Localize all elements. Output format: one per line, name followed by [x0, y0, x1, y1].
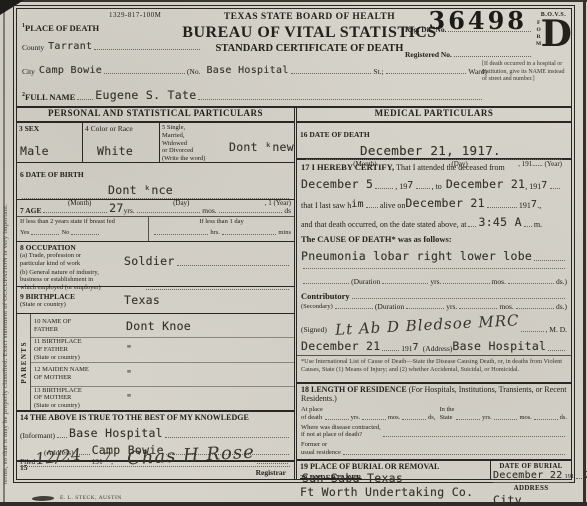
printer-credit: E. L. STECK, AUSTIN: [60, 495, 122, 501]
undertaker-overlap: 20 UNDERTAKER San Saba Texas: [300, 472, 487, 483]
signed-address-value: Base Hospital: [452, 339, 546, 353]
physician-signature: Lt Ab D Bledsoe MRC: [334, 311, 519, 339]
filed-year-preprint: 191: [92, 457, 103, 466]
birthplace-label: 9 BIRTHPLACE: [20, 292, 104, 301]
cause-blank-line: [303, 268, 565, 269]
full-name-dotline: [198, 99, 482, 100]
date-of-birth-field: 6 DATE OF BIRTH Dont ᵏnce (Month) (Day) …: [17, 163, 294, 200]
city-dotline: [104, 73, 185, 74]
filed-section: 15 Filed 12/24 191 7 , Chas H Rose Regis…: [17, 462, 294, 479]
in-state-label: In the State: [439, 406, 454, 422]
place-of-death-label: PLACE OF DEATH: [25, 23, 99, 33]
res-yrs-label: yrs.: [351, 414, 361, 422]
ward-dotline: [386, 73, 467, 74]
death-certificate-scan: terms, so that it may be properly classi…: [0, 0, 587, 506]
attended-to-year: 7: [541, 180, 547, 191]
age-yrs-label: yrs.: [124, 206, 135, 215]
burial-place-value: San Saba Texas: [302, 471, 403, 485]
duration-ds: ds.): [556, 277, 567, 286]
signed-year-preprint: 191: [401, 344, 412, 353]
knowledge-statement: 14 THE ABOVE IS TRUE TO THE BEST OF MY K…: [20, 413, 291, 422]
mother-name-field: 12 MAIDEN NAME OF MOTHER ": [31, 363, 294, 387]
burial-year-preprint: 191: [565, 473, 575, 481]
parents-section: PARENTS 10 NAME OF FATHER Dont Knoe 11 B…: [17, 314, 294, 412]
from-year-preprint: , 19: [395, 182, 407, 191]
place-of-death-block: 1PLACE OF DEATH County Tarrant: [22, 23, 322, 52]
death-time-value: 3:45 A: [478, 215, 521, 229]
lessday-hrs-label: hrs.: [210, 229, 220, 237]
filed-year-handwriting: 7: [103, 451, 111, 466]
race-value: White: [97, 144, 133, 158]
breastfed-yes-label: Yes: [20, 229, 29, 237]
lessday-label: If less than 1 day: [152, 218, 291, 226]
printer-credit-block: E. L. STECK, AUSTIN: [32, 495, 122, 501]
registered-no-label: Registered No.: [405, 50, 452, 59]
secondary-label: (Secondary): [301, 303, 333, 311]
res-yrs2-label: yrs.: [482, 414, 492, 422]
lessday-mins-label: mins: [278, 229, 291, 237]
res-ds2-label: ds.: [560, 414, 567, 422]
certification-section: 17 I HEREBY CERTIFY, That I attended the…: [297, 160, 571, 356]
birthplace-sub-label: (State or country): [20, 301, 104, 309]
md-label: , M. D.: [546, 325, 567, 334]
dob-month-label: (Month): [20, 199, 139, 207]
race-field: 4 Color or Race White: [83, 123, 160, 162]
mother-name-label: 12 MAIDEN NAME OF MOTHER: [34, 366, 126, 382]
sex-label: 3 SEX: [19, 124, 80, 133]
county-value: Tarrant: [48, 41, 92, 52]
burial-date-value: December 22: [493, 470, 563, 481]
res-mos-label: mos.: [388, 414, 400, 422]
burial-section: 19 PLACE OF BURIAL OR REMOVAL 20 UNDERTA…: [297, 461, 571, 479]
dob-value: Dont ᵏnce: [108, 183, 291, 197]
reg-dis-line: [448, 31, 531, 32]
sex-race-marital-row: 3 SEX Male 4 Color or Race White 5 Singl…: [17, 123, 294, 163]
form-header: 1329-817-100M TEXAS STATE BOARD OF HEALT…: [17, 9, 571, 108]
burial-address-label: ADDRESS: [493, 484, 569, 492]
signed-label: (Signed): [301, 325, 327, 334]
dob-year-mark: , 1: [265, 199, 272, 207]
occupation-field: 8 OCCUPATION (a) Trade, profession or pa…: [17, 242, 294, 287]
father-birthplace-value: ": [126, 344, 132, 355]
duration2-label: (Duration: [375, 302, 404, 311]
father-birthplace-label: 11 BIRTHPLACE OF FATHER (State or countr…: [34, 338, 126, 361]
date-of-death-field: 16 DATE OF DEATH December 21, 1917. (Mon…: [297, 123, 571, 160]
father-name-value: Dont Knoe: [126, 319, 191, 333]
burial-place-label: 19 PLACE OF BURIAL OR REMOVAL: [300, 462, 487, 471]
lastsaw-end: .,: [537, 201, 541, 210]
lastsaw-year-preprint: 191: [519, 201, 531, 210]
duration-label: (Duration: [351, 277, 380, 286]
burial-place-cell: 19 PLACE OF BURIAL OR REMOVAL 20 UNDERTA…: [297, 461, 491, 479]
duration2-yrs: yrs.: [446, 302, 457, 311]
mother-name-value: ": [126, 369, 132, 380]
burial-city-value: City.: [493, 493, 569, 506]
birthplace-field: 9 BIRTHPLACE (State or country) Texas: [17, 287, 294, 314]
father-name-field: 10 NAME OF FATHER Dont Knoe: [31, 314, 294, 338]
am-label: m.: [534, 220, 542, 229]
age-label: 7 AGE: [20, 206, 41, 215]
occupation-a-value: Soldier: [124, 254, 175, 268]
signed-address-label: (Address): [423, 344, 453, 353]
undertaker-value: Ft Worth Undertaking Co.: [300, 485, 487, 499]
lastsaw-him: im: [351, 199, 364, 210]
res-ds-label: ds,: [428, 414, 435, 422]
marital-value: Dont ᵏnew: [229, 140, 294, 154]
personal-particulars-title: PERSONAL AND STATISTICAL PARTICULARS: [17, 108, 294, 123]
dob-year-label: (Year): [273, 199, 291, 207]
street-no-label: (No.: [187, 67, 201, 76]
dob-label: 6 DATE OF BIRTH: [20, 170, 84, 179]
scan-edge-top: [0, 0, 587, 2]
full-name-label: FULL NAME: [25, 92, 75, 102]
sex-field: 3 SEX Male: [17, 123, 83, 162]
personal-particulars-column: PERSONAL AND STATISTICAL PARTICULARS 3 S…: [17, 108, 297, 479]
duration2-mos: mos.: [499, 302, 513, 311]
cause-footnote: *Use International List of Cause of Deat…: [297, 356, 571, 384]
cause-of-death-label: The CAUSE OF DEATH* was as follows:: [301, 234, 567, 244]
city-line: City Camp Bowie (No. Base Hospital St.; …: [22, 65, 487, 76]
occupation-a-label: (a) Trade, profession or particular kind…: [20, 252, 124, 268]
attended-from-date: December 5: [301, 177, 373, 191]
dod-month-label: (Month): [306, 160, 424, 168]
occupation-label: 8 OCCUPATION: [20, 243, 291, 252]
attended-to-date: December 21: [446, 177, 525, 191]
parents-tab: PARENTS: [17, 314, 31, 410]
certificate-form: 1329-817-100M TEXAS STATE BOARD OF HEALT…: [13, 5, 575, 483]
reg-dis-label: Reg. Dis. No.: [405, 25, 446, 34]
full-name-dot-lead: [77, 99, 93, 100]
at-place-label: At place of death: [301, 406, 323, 422]
informant-label: (Informant): [20, 431, 55, 440]
mother-birthplace-label: 13 BIRTHPLACE OF MOTHER (State or countr…: [34, 387, 126, 410]
dob-day-label: (Day): [139, 199, 223, 207]
occurred-preprint: and that death occurred, on the date sta…: [301, 220, 466, 229]
breastfed-no-label: No: [61, 229, 69, 237]
to-label: , to: [432, 182, 442, 191]
signed-date-value: December 21: [301, 339, 380, 353]
duration-yrs: yrs.: [430, 277, 441, 286]
residence-label-bold: 18 LENGTH OF RESIDENCE: [301, 385, 407, 394]
former-residence-label: Former or usual residence: [301, 441, 341, 457]
informant-value: Base Hospital: [69, 426, 163, 440]
street-dotline: [291, 73, 372, 74]
street-label: St.;: [373, 67, 383, 76]
dod-year-preprint: , 191: [518, 160, 532, 168]
medical-particulars-title: MEDICAL PARTICULARS: [297, 108, 571, 123]
father-birthplace-field: 11 BIRTHPLACE OF FATHER (State or countr…: [31, 338, 294, 362]
county-line: [94, 49, 200, 50]
contributory-label: Contributory: [301, 291, 350, 301]
full-name-line: 2FULL NAME Eugene S. Tate: [22, 88, 484, 102]
to-year-preprint: , 191: [525, 182, 541, 191]
signed-year-value: 7: [412, 342, 418, 353]
filed-comma: ,: [111, 457, 113, 466]
mother-birthplace-value: ": [126, 393, 132, 404]
parents-label: PARENTS: [20, 341, 28, 384]
marital-label: 5 Single, Married, Widowed or Divorced (…: [162, 124, 234, 163]
registrar-signature: Chas H Rose: [126, 442, 255, 470]
lastsaw-date: December 21: [405, 196, 484, 210]
print-code: 1329-817-100M: [109, 11, 161, 19]
duration-mos: mos.: [492, 277, 506, 286]
breastfed-label: If less than 2 years state if breast fed: [20, 218, 145, 226]
county-label: County: [22, 43, 44, 52]
dod-year-label: (Year): [544, 160, 562, 168]
mother-birthplace-field: 13 BIRTHPLACE OF MOTHER (State or countr…: [31, 387, 294, 410]
scan-edge-right: [583, 0, 586, 506]
registrar-label: Registrar: [256, 468, 286, 477]
lastsaw-mid: alive on: [380, 201, 406, 210]
cause-of-death-value: Pneumonia lobar right lower lobe: [301, 249, 532, 263]
city-label: City: [22, 67, 35, 76]
filed-date-handwriting: 12/24: [35, 445, 83, 469]
father-name-label: 10 NAME OF FATHER: [34, 318, 126, 334]
contracted-label: Where was disease contracted, if not at …: [301, 424, 381, 440]
res-mos2-label: mos.: [519, 414, 531, 422]
city-value: Camp Bowie: [39, 65, 102, 76]
registered-no-line: [454, 56, 531, 57]
form-letter-d: D: [541, 18, 572, 50]
date-of-death-label: 16 DATE OF DEATH: [300, 130, 370, 139]
marital-field: 5 Single, Married, Widowed or Divorced (…: [160, 123, 294, 162]
hospital-instruction-note: [If death occurred in a hospital or inst…: [482, 61, 568, 84]
attended-from-year: 7: [407, 180, 413, 191]
lastsaw-preprint: that I last saw h: [301, 201, 351, 210]
burial-date-cell: DATE OF BURIAL December 22 191 7 ADDRESS…: [491, 461, 571, 479]
left-margin-note: terms, so that it may be properly classi…: [2, 84, 9, 484]
duration2-ds: ds.): [556, 302, 567, 311]
street-no-value: Base Hospital: [206, 65, 288, 76]
age-mos-label: mos.: [202, 206, 216, 215]
sex-value: Male: [20, 144, 49, 158]
date-of-death-value: December 21, 1917.: [360, 143, 568, 158]
board-title: TEXAS STATE BOARD OF HEALTH: [167, 12, 452, 22]
form-designation: B.O.V.S. FORM D: [537, 12, 570, 50]
printer-ornament-icon: [31, 496, 56, 501]
filed-label: Filed: [20, 457, 35, 466]
medical-particulars-column: MEDICAL PARTICULARS 16 DATE OF DEATH Dec…: [297, 108, 571, 479]
burial-date-label: DATE OF BURIAL: [493, 462, 569, 470]
full-name-value: Eugene S. Tate: [95, 88, 196, 102]
dod-day-label: (Day): [424, 160, 496, 168]
birthplace-value: Texas: [124, 293, 160, 307]
race-label: 4 Color or Race: [85, 124, 157, 133]
length-of-residence-section: 18 LENGTH OF RESIDENCE (For Hospitals, I…: [297, 384, 571, 461]
age-ds-label: ds: [284, 206, 291, 215]
